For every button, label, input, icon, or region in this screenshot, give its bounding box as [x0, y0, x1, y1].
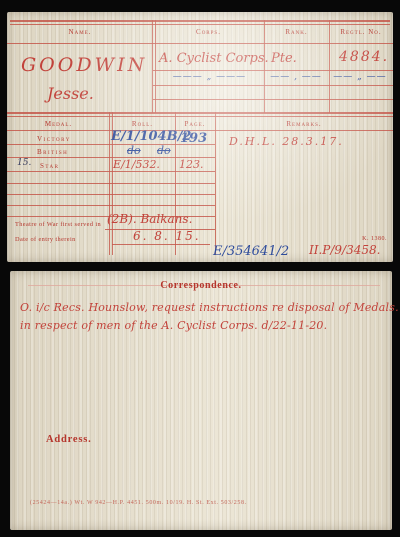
corps-entry: A. Cyclist Corps.	[159, 51, 269, 66]
reference-red-handwriting: II.P/9/3458.	[309, 243, 380, 257]
medal-row-rule-5	[7, 194, 215, 195]
medal-column-header: Medal.	[7, 120, 110, 128]
medal-row-rule-4	[7, 183, 215, 184]
section-divider-inner	[7, 116, 393, 117]
scan-background: Name. Corps. Rank. Regtl. No. GOODWIN Je…	[0, 0, 400, 537]
date-underline	[112, 244, 210, 245]
column-header-name: Name.	[7, 28, 153, 36]
row-rule-2	[153, 85, 393, 86]
top-rule-outer	[10, 20, 390, 22]
forename-handwriting: Jesse.	[47, 84, 94, 103]
correspondence-title: Correspondence.	[10, 280, 392, 291]
star-page-entry: 123.	[179, 158, 204, 171]
roll-column-header: Roll.	[110, 120, 175, 128]
theatre-of-war-entry: (2B). Balkans.	[107, 212, 192, 226]
regtl-ditto-marks: —— „ ——	[330, 72, 390, 82]
medal-row-rule-6	[7, 205, 215, 206]
top-rule-inner	[10, 24, 390, 25]
printer-imprint: (25424—14a.) Wt. W 942—H.P. 4451. 500m. …	[30, 500, 247, 506]
address-label: Address.	[46, 434, 92, 445]
star-prefix-handwriting: 15.	[17, 158, 31, 168]
medal-row-victory-label: Victory	[37, 135, 71, 143]
medal-row-rule-2	[7, 157, 215, 158]
row-rule-1	[153, 70, 393, 71]
corps-ditto-marks: ——— „ ———	[157, 72, 262, 82]
column-header-corps: Corps.	[153, 28, 264, 36]
section-divider-outer	[7, 112, 393, 114]
regtl-no-entry: 4884.	[339, 49, 389, 65]
british-roll-ditto: do	[127, 144, 141, 157]
page-column-header: Page.	[175, 120, 215, 128]
date-of-entry-label: Date of entry therein	[15, 236, 76, 243]
medal-row-rule-1	[7, 144, 215, 145]
reference-blue-handwriting: E/354641/2	[213, 244, 289, 259]
rank-entry: Pte.	[271, 51, 297, 66]
correspondence-card: Correspondence. O. i/c Recs. Hounslow, r…	[10, 271, 392, 530]
surname-handwriting: GOODWIN	[21, 54, 147, 76]
correspondence-note-line1: O. i/c Recs. Hounslow, request instructi…	[20, 301, 399, 314]
column-header-regtl-no: Regtl. No.	[329, 28, 393, 36]
star-roll-entry: E/1/532.	[113, 158, 160, 171]
rank-ditto-marks: —— , ——	[265, 72, 327, 82]
medal-index-card: Name. Corps. Rank. Regtl. No. GOODWIN Je…	[7, 12, 393, 262]
remarks-handwriting: D.H.L. 28.3.17.	[229, 135, 344, 148]
header-underline	[7, 43, 393, 44]
medal-row-british-label: British	[37, 148, 68, 156]
correspondence-note-line2: in respect of men of the A. Cyclist Corp…	[20, 319, 327, 332]
date-of-entry-entry: 6. 8. 15.	[133, 229, 201, 243]
medal-row-star-label: Star	[40, 162, 60, 170]
divider-page-remarks	[215, 112, 216, 255]
medal-row-rule-3	[7, 171, 215, 172]
british-page-ditto: do	[157, 144, 171, 157]
form-number: K. 1380.	[362, 236, 387, 242]
remarks-column-header: Remarks.	[215, 120, 393, 128]
theatre-of-war-label: Theatre of War first served in	[15, 221, 101, 228]
column-header-rank: Rank.	[264, 28, 329, 36]
row-rule-3	[153, 99, 393, 100]
